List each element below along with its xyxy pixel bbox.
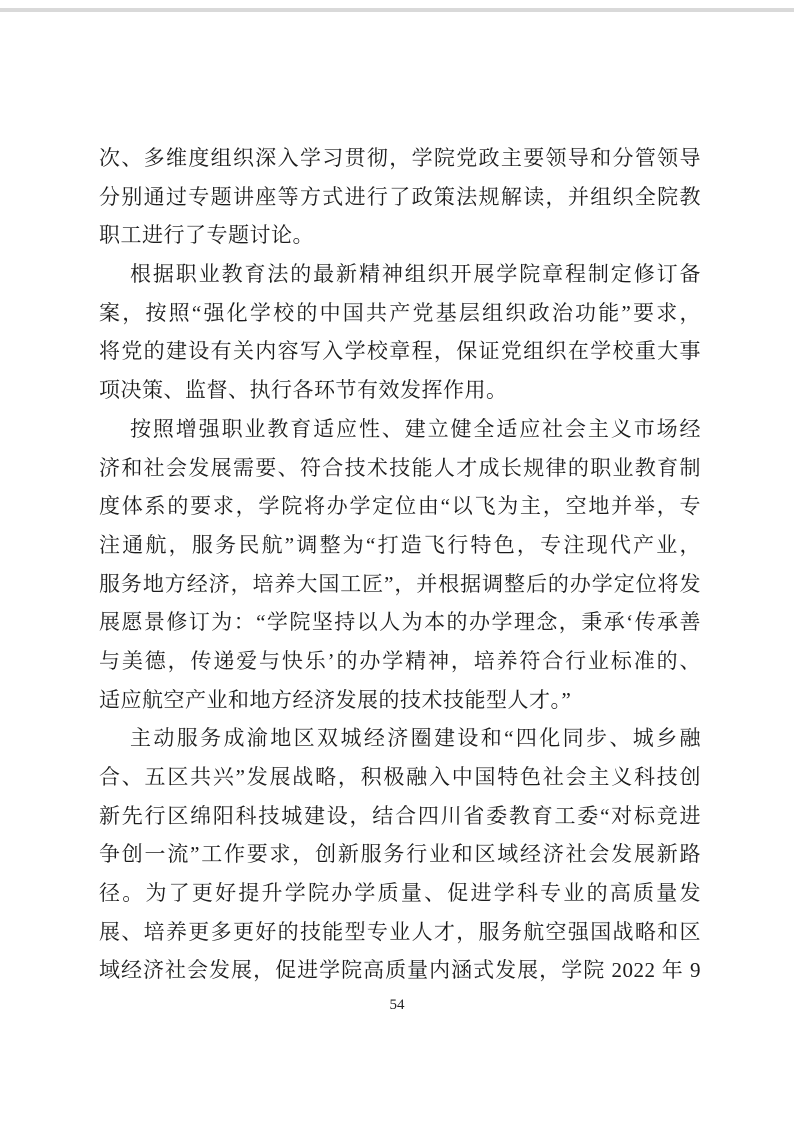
text-line: 新先行区绵阳科技城建设，结合四川省委教育工委“对标竞进 [99, 797, 701, 836]
text-line: 度体系的要求，学院将办学定位由“以飞为主，空地并举，专 [99, 487, 701, 526]
text-line: 展愿景修订为：“学院坚持以人为本的办学理念，秉承‘传承善 [99, 603, 701, 642]
text-line: 主动服务成渝地区双城经济圈建设和“四化同步、城乡融 [99, 719, 701, 758]
text-line: 分别通过专题讲座等方式进行了政策法规解读，并组织全院教 [99, 178, 701, 217]
text-line: 案，按照“强化学校的中国共产党基层组织政治功能”要求， [99, 294, 701, 333]
text-line: 合、五区共兴”发展战略，积极融入中国特色社会主义科技创 [99, 758, 701, 797]
body-text: 次、多维度组织深入学习贯彻，学院党政主要领导和分管领导 分别通过专题讲座等方式进… [99, 139, 701, 990]
text-line: 按照增强职业教育适应性、建立健全适应社会主义市场经 [99, 410, 701, 449]
text-line: 与美德，传递爱与快乐’的办学精神，培养符合行业标准的、 [99, 642, 701, 681]
text-line: 职工进行了专题讨论。 [99, 216, 701, 255]
text-line: 适应航空产业和地方经济发展的技术技能型人才。” [99, 681, 701, 720]
text-line: 注通航，服务民航”调整为“打造飞行特色，专注现代产业， [99, 526, 701, 565]
scan-edge-artifact [0, 8, 794, 12]
text-line: 次、多维度组织深入学习贯彻，学院党政主要领导和分管领导 [99, 139, 701, 178]
document-page: 次、多维度组织深入学习贯彻，学院党政主要领导和分管领导 分别通过专题讲座等方式进… [0, 0, 794, 1122]
text-line: 争创一流”工作要求，创新服务行业和区域经济社会发展新路 [99, 835, 701, 874]
page-number: 54 [0, 997, 794, 1014]
text-line: 根据职业教育法的最新精神组织开展学院章程制定修订备 [99, 255, 701, 294]
text-line: 济和社会发展需要、符合技术技能人才成长规律的职业教育制 [99, 449, 701, 488]
text-line: 服务地方经济，培养大国工匠”，并根据调整后的办学定位将发 [99, 565, 701, 604]
text-line: 项决策、监督、执行各环节有效发挥作用。 [99, 371, 701, 410]
text-line: 域经济社会发展，促进学院高质量内涵式发展，学院 2022 年 9 [99, 951, 701, 990]
text-line: 径。为了更好提升学院办学质量、促进学科专业的高质量发 [99, 874, 701, 913]
text-line: 展、培养更多更好的技能型专业人才，服务航空强国战略和区 [99, 913, 701, 952]
text-line: 将党的建设有关内容写入学校章程，保证党组织在学校重大事 [99, 332, 701, 371]
